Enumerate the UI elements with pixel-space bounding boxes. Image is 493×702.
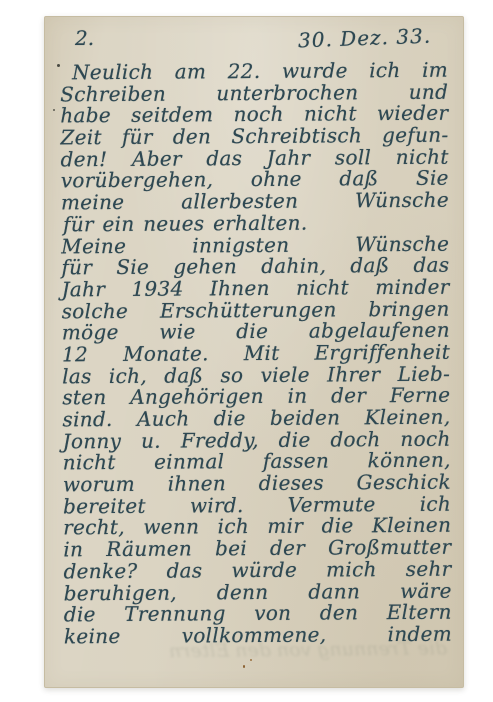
letter-header: 2. 30. Dez. 33. — [75, 26, 431, 50]
letter-page: 2. 30. Dez. 33. Neulich am 22. wurde ich… — [44, 16, 464, 688]
ink-speck — [57, 64, 60, 67]
handwritten-line: keine vollkommene, indem — [64, 624, 452, 648]
ink-speck — [243, 665, 245, 668]
letter-date: 30. Dez. 33. — [298, 24, 432, 53]
ink-speck — [250, 659, 252, 661]
letter-body: Neulich am 22. wurde ich imSchreiben unt… — [60, 60, 452, 648]
page-number: 2. — [75, 26, 94, 50]
ink-speck — [53, 109, 55, 111]
